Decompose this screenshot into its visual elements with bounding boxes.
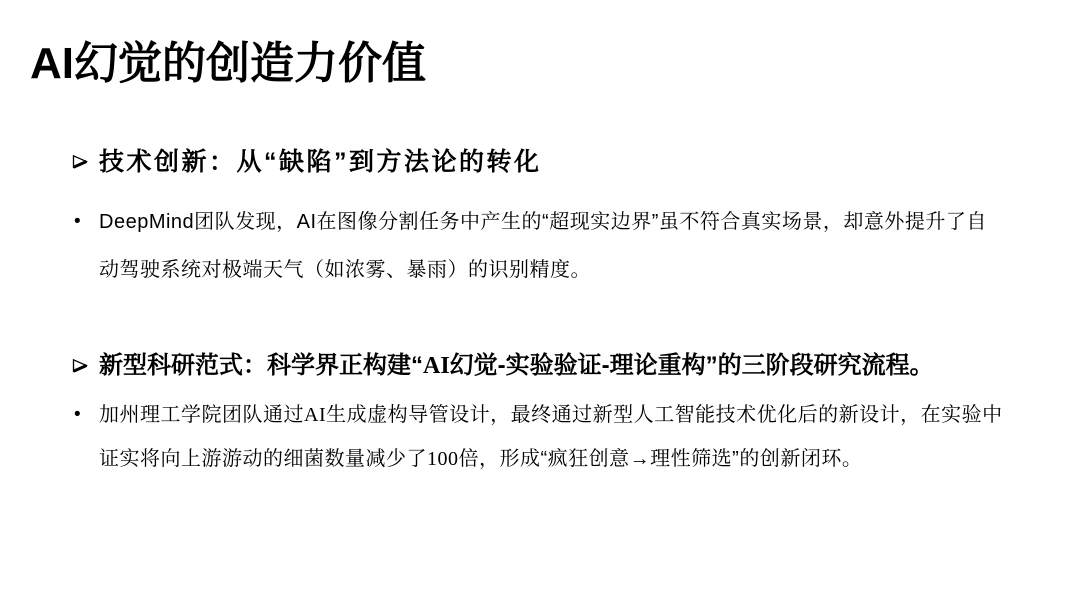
- body-2-text: 加州理工学院团队通过AI生成虚构导管设计，最终通过新型人工智能技术优化后的新设计…: [99, 404, 1003, 470]
- arrow-bullet-icon: [72, 358, 88, 373]
- bullet-body-2: • 加州理工学院团队通过AI生成虚构导管设计，最终通过新型人工智能技术优化后的新…: [72, 393, 1007, 481]
- text-run: 倍，形成“疯狂创意→理性筛选”的创新闭环。: [459, 448, 863, 470]
- bullet-body-1: • DeepMind团队发现，AI在图像分割任务中产生的“超现实边界”虽不符合真…: [72, 198, 1007, 294]
- serif-text-run: AI: [423, 353, 450, 379]
- text-run: 新型科研范式：科学界正构建“: [99, 352, 423, 379]
- serif-text-run: 100: [427, 448, 459, 470]
- text-run: 技术创新：从“缺陷”到方法论的转化: [99, 148, 542, 176]
- slide-title: AI幻觉的创造力价值: [30, 39, 426, 89]
- dot-bullet-icon: •: [74, 393, 81, 437]
- serif-text-run: AI: [304, 404, 326, 426]
- text-run: DeepMind团队发现，AI在图像分割任务中产生的“超现实边界”虽不符合真实场…: [99, 211, 987, 281]
- heading-2-text: 新型科研范式：科学界正构建“AI幻觉-实验验证-理论重构”的三阶段研究流程。: [99, 352, 934, 379]
- text-run: 幻觉-实验验证-理论重构”的三阶段研究流程。: [450, 352, 934, 379]
- bullet-heading-2: 新型科研范式：科学界正构建“AI幻觉-实验验证-理论重构”的三阶段研究流程。: [72, 350, 1007, 382]
- text-run: 加州理工学院团队通过: [99, 404, 304, 426]
- slide: AI幻觉的创造力价值 技术创新：从“缺陷”到方法论的转化 • DeepMind团…: [0, 0, 1080, 608]
- body-1-text: DeepMind团队发现，AI在图像分割任务中产生的“超现实边界”虽不符合真实场…: [99, 211, 987, 281]
- dot-bullet-icon: •: [74, 198, 81, 246]
- arrow-bullet-icon: [72, 154, 88, 169]
- bullet-heading-1: 技术创新：从“缺陷”到方法论的转化: [72, 146, 1007, 178]
- heading-1-text: 技术创新：从“缺陷”到方法论的转化: [99, 148, 542, 176]
